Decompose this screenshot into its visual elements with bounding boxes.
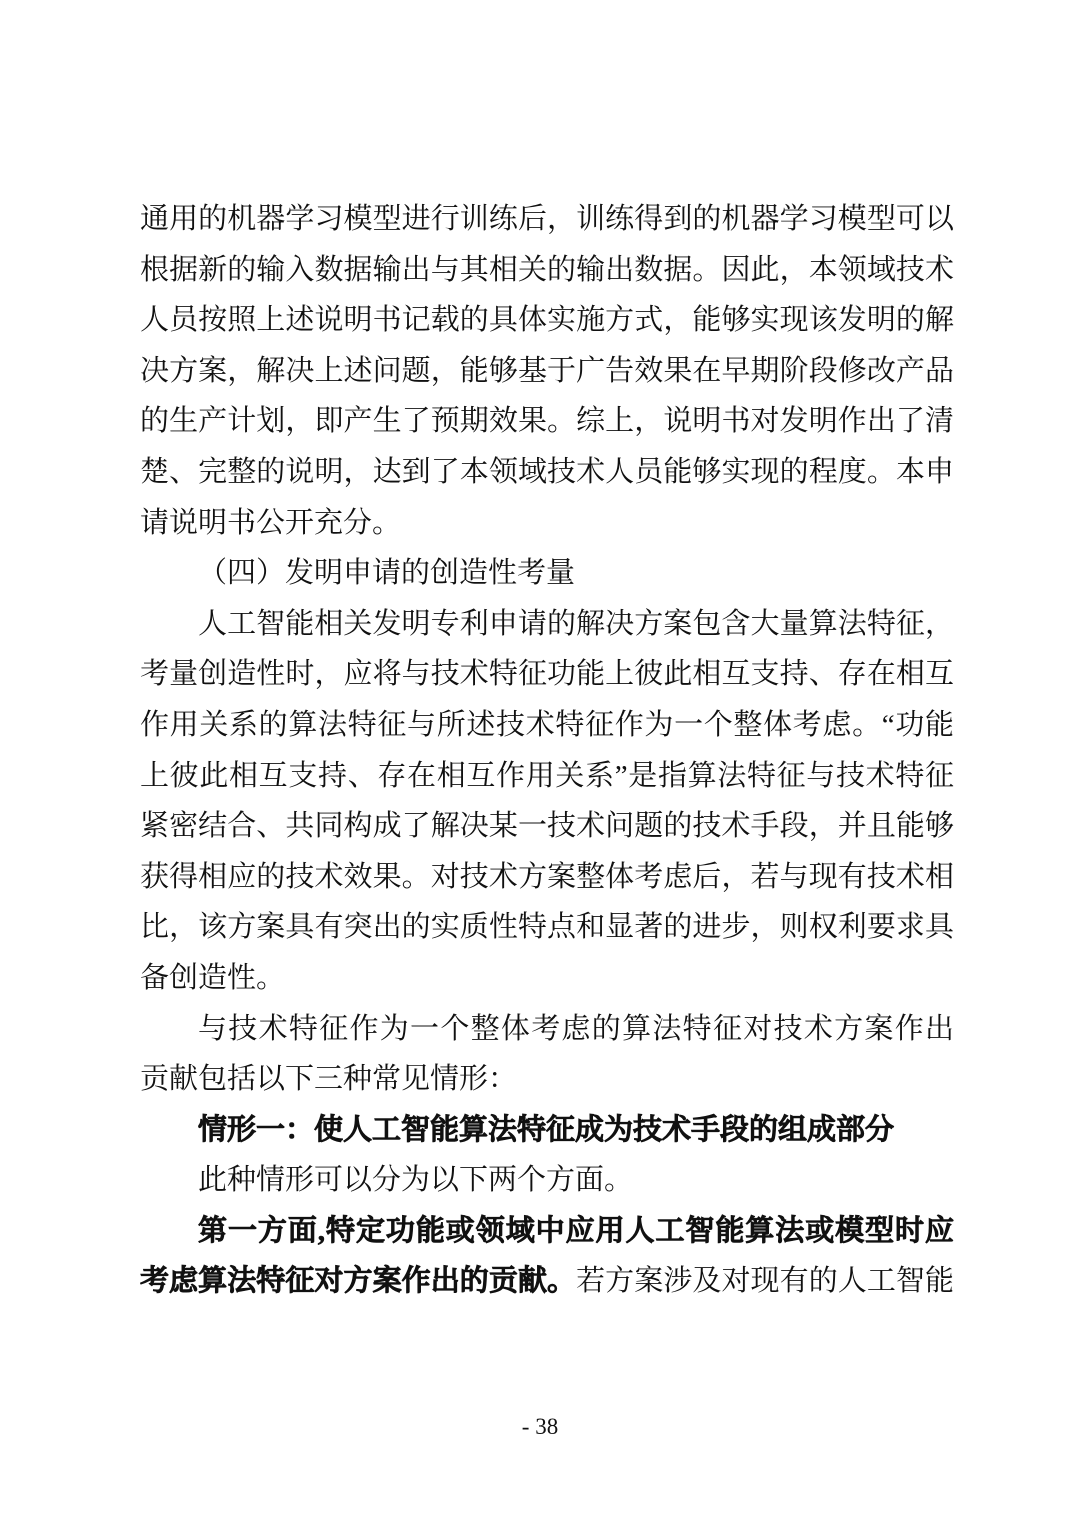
text-segment: 考量创造性时，应将与技术特征功能上彼此相互支持、存在相互 bbox=[140, 658, 954, 690]
text-segment: 贡献包括以下三种常见情形： bbox=[140, 1063, 517, 1095]
text-segment: 紧密结合、共同构成了解决某一技术问题的技术手段，并且能够 bbox=[140, 810, 954, 842]
text-line: 人员按照上述说明书记载的具体实施方式，能够实现该发明的解 bbox=[140, 295, 954, 346]
text-line: 人工智能相关发明专利申请的解决方案包含大量算法特征， bbox=[140, 599, 954, 650]
text-segment: 请说明书公开充分。 bbox=[140, 507, 401, 539]
text-line: 作用关系的算法特征与所述技术特征作为一个整体考虑。“功能 bbox=[140, 700, 954, 751]
text-line: 根据新的输入数据输出与其相关的输出数据。因此，本领域技术 bbox=[140, 245, 954, 296]
text-line: 通用的机器学习模型进行训练后，训练得到的机器学习模型可以 bbox=[140, 194, 954, 245]
bold-text-segment: 第一方面,特定功能或领域中应用人工智能算法或模型时应 bbox=[198, 1215, 954, 1247]
text-line: 考虑算法特征对方案作出的贡献。若方案涉及对现有的人工智能 bbox=[140, 1256, 954, 1307]
text-segment: 决方案，解决上述问题，能够基于广告效果在早期阶段修改产品 bbox=[140, 355, 954, 387]
text-line: （四）发明申请的创造性考量 bbox=[140, 548, 954, 599]
text-segment: 人员按照上述说明书记载的具体实施方式，能够实现该发明的解 bbox=[140, 304, 954, 336]
text-line: 第一方面,特定功能或领域中应用人工智能算法或模型时应 bbox=[140, 1206, 954, 1257]
text-segment: 上彼此相互支持、存在相互作用关系”是指算法特征与技术特征 bbox=[140, 760, 954, 792]
bold-text-segment: 情形一：使人工智能算法特征成为技术手段的组成部分 bbox=[198, 1114, 894, 1146]
document-page: 通用的机器学习模型进行训练后，训练得到的机器学习模型可以根据新的输入数据输出与其… bbox=[0, 0, 1080, 1527]
text-line: 决方案，解决上述问题，能够基于广告效果在早期阶段修改产品 bbox=[140, 346, 954, 397]
text-segment: （四）发明申请的创造性考量 bbox=[198, 557, 575, 589]
text-line: 请说明书公开充分。 bbox=[140, 498, 954, 549]
text-segment: 的生产计划，即产生了预期效果。综上，说明书对发明作出了清 bbox=[140, 405, 954, 437]
bold-text-segment: 考虑算法特征对方案作出的贡献。 bbox=[140, 1265, 576, 1297]
text-line: 获得相应的技术效果。对技术方案整体考虑后，若与现有技术相 bbox=[140, 852, 954, 903]
text-segment: 根据新的输入数据输出与其相关的输出数据。因此，本领域技术 bbox=[140, 254, 954, 286]
text-line: 楚、完整的说明，达到了本领域技术人员能够实现的程度。本申 bbox=[140, 447, 954, 498]
text-segment: 楚、完整的说明，达到了本领域技术人员能够实现的程度。本申 bbox=[140, 456, 954, 488]
page-number: - 38 bbox=[0, 1410, 1080, 1444]
text-segment: 获得相应的技术效果。对技术方案整体考虑后，若与现有技术相 bbox=[140, 861, 954, 893]
text-line: 与技术特征作为一个整体考虑的算法特征对技术方案作出 bbox=[140, 1004, 954, 1055]
text-line: 此种情形可以分为以下两个方面。 bbox=[140, 1155, 954, 1206]
text-segment: 比，该方案具有突出的实质性特点和显著的进步，则权利要求具 bbox=[140, 911, 954, 943]
text-segment: 备创造性。 bbox=[140, 962, 285, 994]
text-segment: 此种情形可以分为以下两个方面。 bbox=[198, 1164, 633, 1196]
text-segment: 与技术特征作为一个整体考虑的算法特征对技术方案作出 bbox=[198, 1013, 954, 1045]
text-segment: 通用的机器学习模型进行训练后，训练得到的机器学习模型可以 bbox=[140, 203, 954, 235]
text-block: 通用的机器学习模型进行训练后，训练得到的机器学习模型可以根据新的输入数据输出与其… bbox=[140, 194, 954, 1307]
text-segment: 作用关系的算法特征与所述技术特征作为一个整体考虑。“功能 bbox=[140, 709, 954, 741]
text-line: 情形一：使人工智能算法特征成为技术手段的组成部分 bbox=[140, 1105, 954, 1156]
text-segment: 若方案涉及对现有的人工智能 bbox=[576, 1265, 954, 1297]
text-line: 考量创造性时，应将与技术特征功能上彼此相互支持、存在相互 bbox=[140, 649, 954, 700]
text-line: 紧密结合、共同构成了解决某一技术问题的技术手段，并且能够 bbox=[140, 801, 954, 852]
text-segment: 人工智能相关发明专利申请的解决方案包含大量算法特征， bbox=[198, 608, 954, 640]
text-line: 的生产计划，即产生了预期效果。综上，说明书对发明作出了清 bbox=[140, 396, 954, 447]
text-line: 备创造性。 bbox=[140, 953, 954, 1004]
text-line: 比，该方案具有突出的实质性特点和显著的进步，则权利要求具 bbox=[140, 902, 954, 953]
text-line: 贡献包括以下三种常见情形： bbox=[140, 1054, 954, 1105]
text-line: 上彼此相互支持、存在相互作用关系”是指算法特征与技术特征 bbox=[140, 751, 954, 802]
